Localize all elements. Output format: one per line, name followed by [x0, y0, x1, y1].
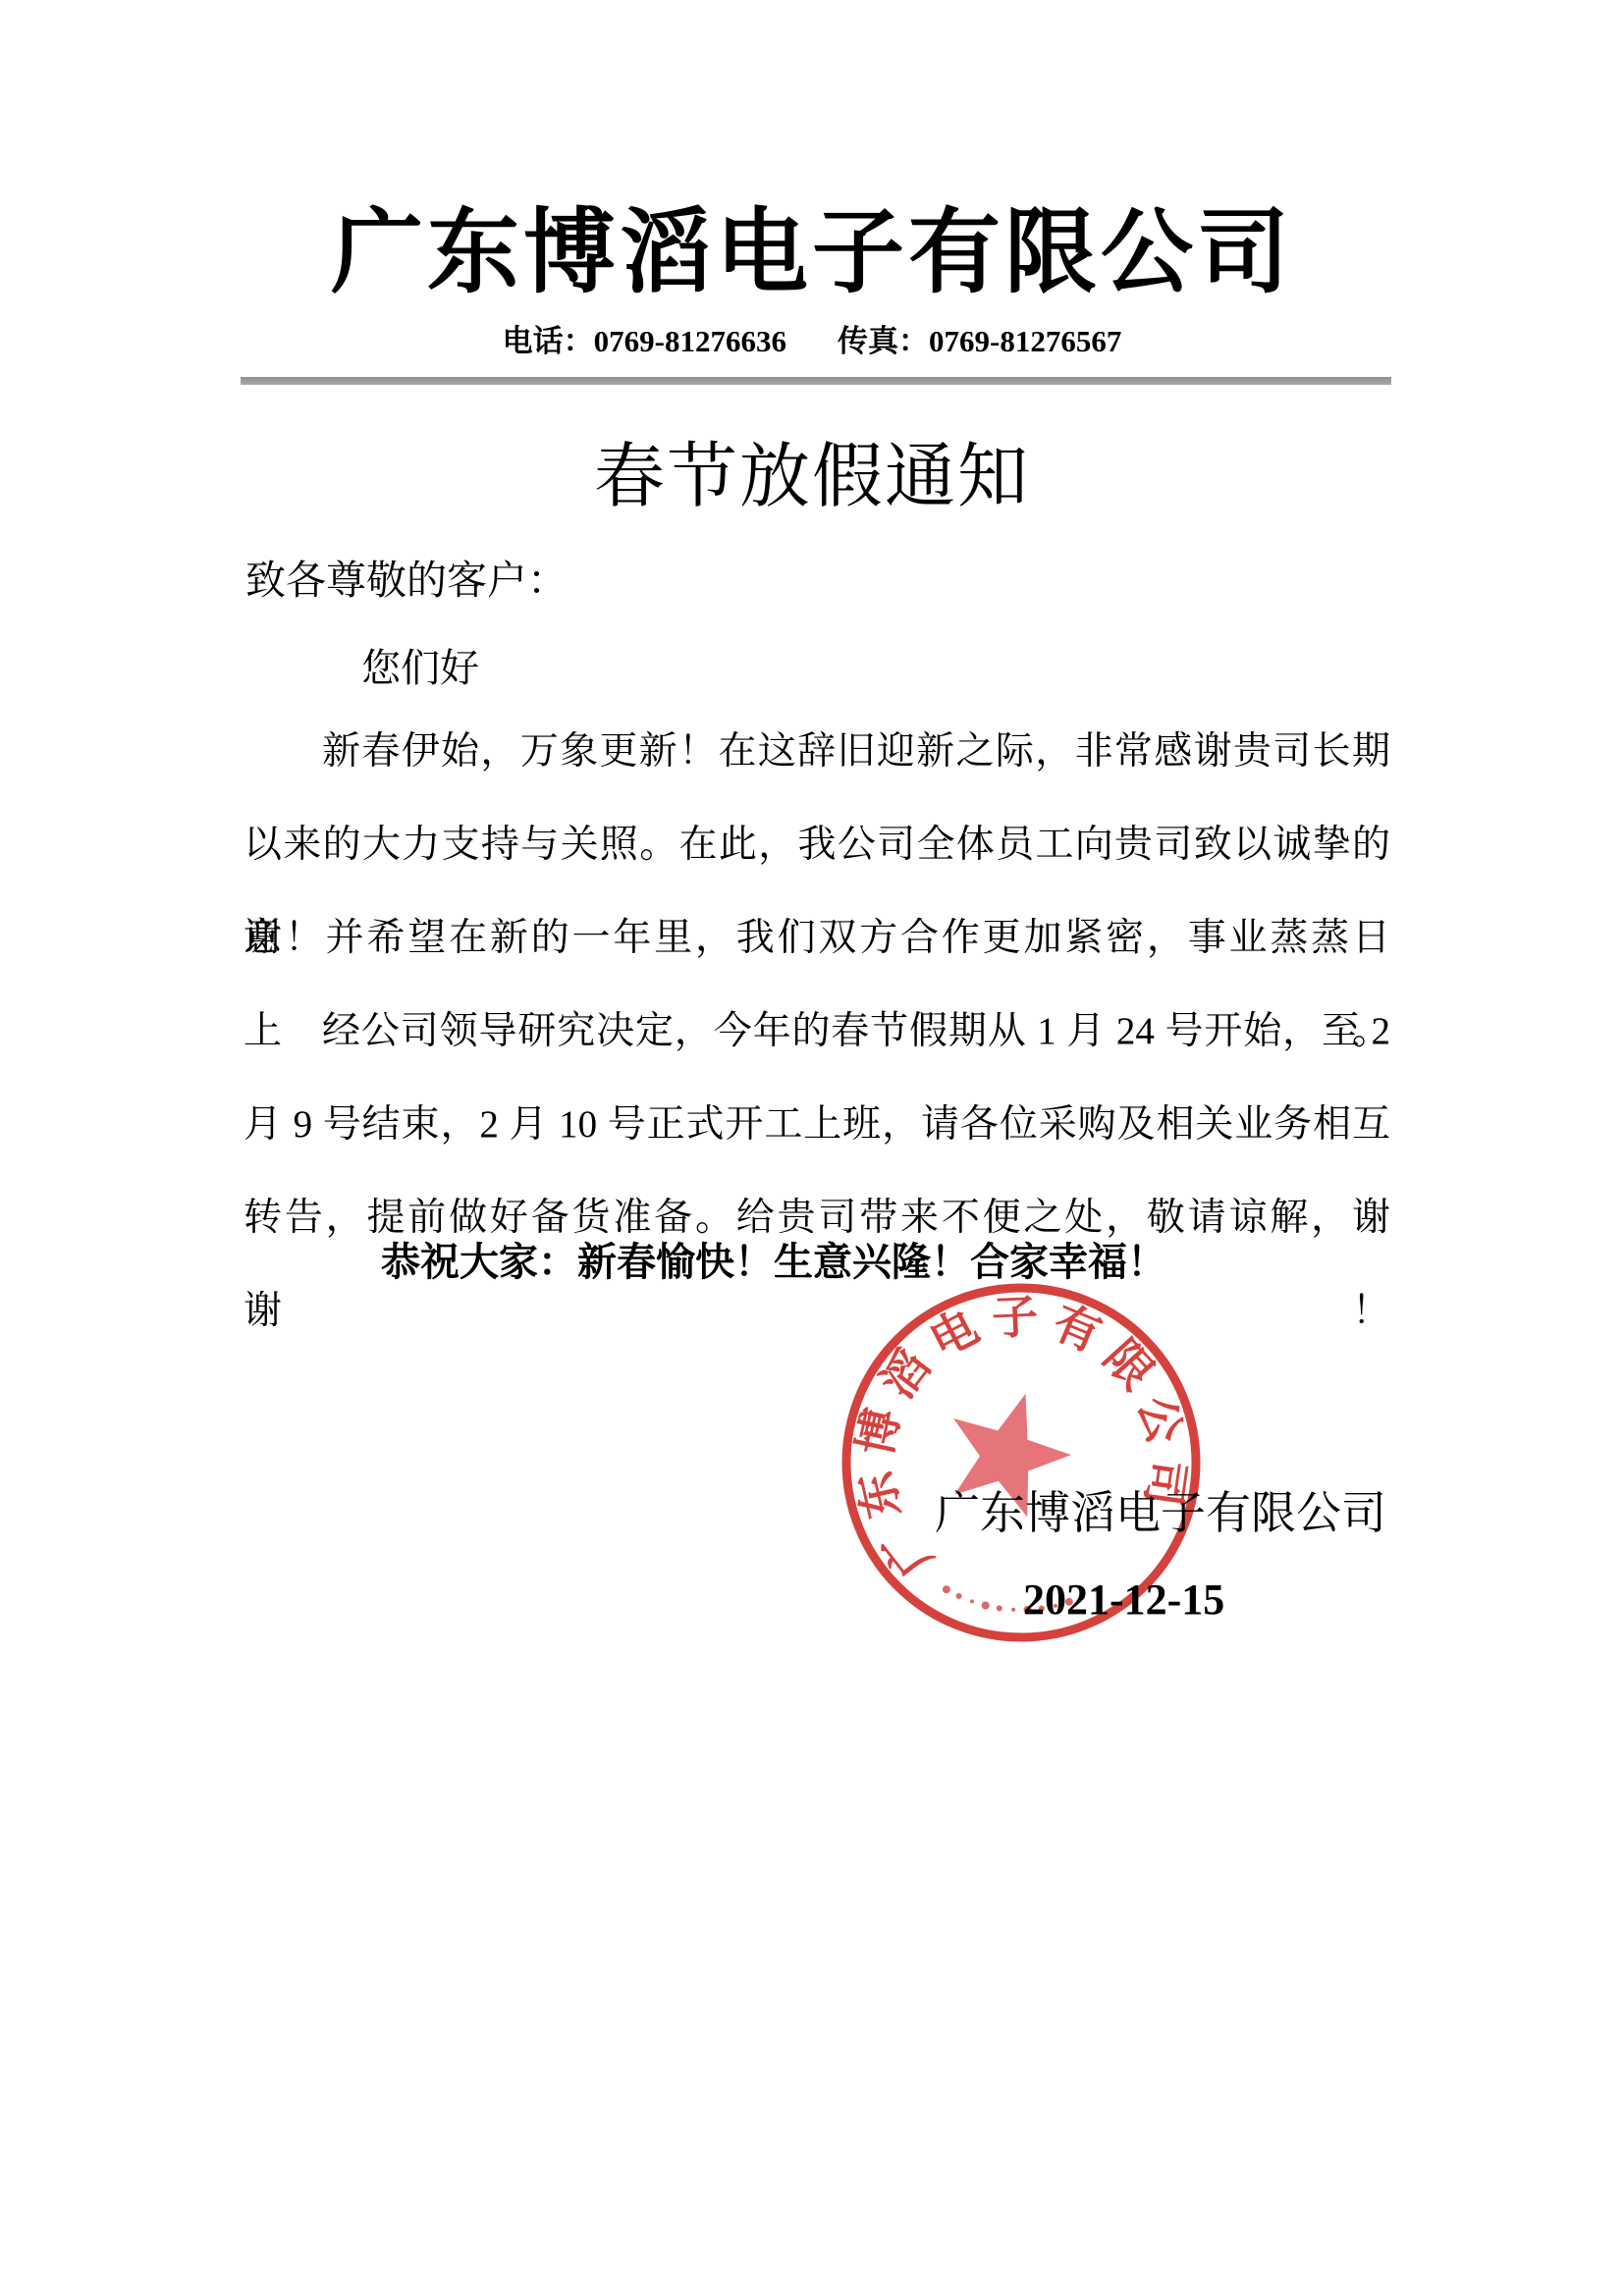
notice-title: 春节放假通知 [0, 430, 1624, 524]
seal-character: 博 [850, 1404, 910, 1460]
seal-character: 东 [850, 1467, 910, 1522]
body-line: 以来的大力支持与关照。在此，我公司全体员工向贵司致以诚挚的谢 [244, 798, 1390, 891]
phone-label: 电话： [503, 324, 594, 358]
signature-date: 2021-12-15 [1023, 1575, 1224, 1626]
body-line: 月 9 号结束，2 月 10 号正式开工上班，请各位采购及相关业务相互 [244, 1078, 1390, 1171]
seal-serial-dot [970, 1599, 974, 1603]
seal-serial-dot [997, 1605, 1002, 1611]
seal-character: 子 [991, 1292, 1039, 1345]
company-letterhead-title: 广东博滔电子有限公司 [0, 194, 1624, 312]
seal-serial-dot [943, 1585, 950, 1593]
seal-serial-dot [956, 1593, 962, 1599]
seal-serial-dot [982, 1602, 990, 1610]
phone-number: 0769-81276636 [594, 324, 786, 358]
salutation-line: 致各尊敬的客户： [245, 556, 568, 605]
body-line: 经公司领导研究决定，今年的春节假期从 1 月 24 号开始，至 2 [244, 985, 1390, 1078]
signature-company-name: 广东博滔电子有限公司 [935, 1486, 1386, 1541]
fax-label: 传真： [838, 324, 929, 358]
fax-group: 传真：0769-81276567 [838, 324, 1121, 358]
contact-line: 电话：0769-81276636传真：0769-81276567 [0, 320, 1624, 363]
phone-group: 电话：0769-81276636 [503, 324, 786, 358]
body-line: 新春伊始，万象更新！在这辞旧迎新之际，非常感谢贵司长期 [244, 705, 1390, 798]
fax-number: 0769-81276567 [929, 324, 1121, 358]
body-lines: 新春伊始，万象更新！在这辞旧迎新之际，非常感谢贵司长期以来的大力支持与关照。在此… [244, 705, 1390, 1264]
document-page: 广东博滔电子有限公司 电话：0769-81276636传真：0769-81276… [0, 0, 1624, 2296]
body-line: 意！并希望在新的一年里，我们双方合作更加紧密，事业蒸蒸日上。 [244, 891, 1390, 985]
seal-serial-dot [1011, 1608, 1015, 1612]
greeting-line: 您们好 [361, 644, 479, 693]
header-divider [241, 377, 1391, 385]
